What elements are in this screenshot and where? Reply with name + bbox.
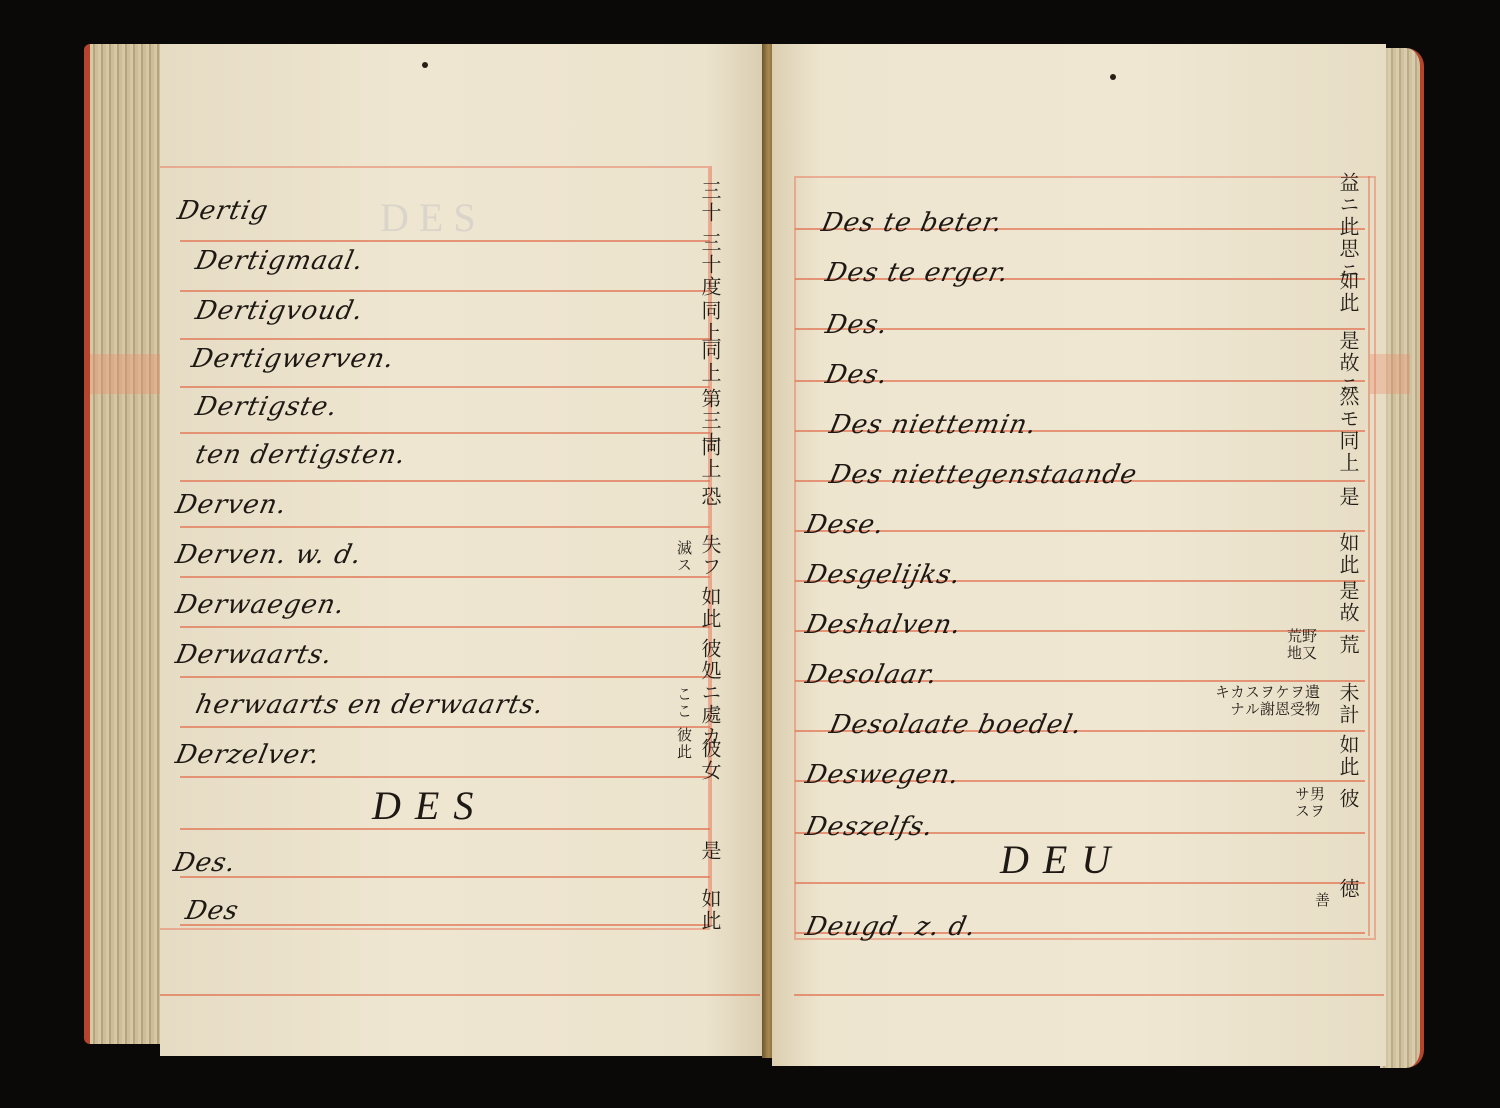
- entry-dutch: Derwaegen.: [173, 590, 348, 620]
- entry-japanese: 然モ: [1338, 386, 1358, 430]
- entry-japanese: 徳: [1338, 878, 1358, 900]
- binding-hole: [1110, 74, 1116, 80]
- entry-dutch: Derzelver.: [173, 740, 323, 770]
- entry-dutch: Desolaar.: [803, 660, 941, 690]
- entry-dutch: Des.: [823, 360, 891, 390]
- entry-japanese: 如此: [700, 586, 720, 630]
- entry-dutch: Dertigste.: [193, 392, 341, 422]
- entry-japanese: 未計: [1338, 682, 1358, 726]
- entry-japanese: 同上: [700, 436, 720, 480]
- entry-japanese-note: 野又 荒地: [1286, 628, 1316, 678]
- entry-japanese: 三十度: [700, 232, 720, 298]
- entry-dutch: Derven.: [173, 490, 290, 520]
- entry-dutch: Deswegen.: [803, 760, 963, 790]
- entry-japanese-note: 善: [1314, 892, 1329, 909]
- entry-dutch: ten dertigsten.: [193, 440, 409, 470]
- tab-mark: [1370, 354, 1410, 394]
- right-page-block-edge: [1380, 48, 1424, 1068]
- entry-japanese-note: 遺物ヲ受ケ恩ヲ謝スルカナキ: [1214, 684, 1319, 732]
- entry-japanese: 彼女: [700, 738, 720, 782]
- left-page-block-edge: [84, 44, 172, 1044]
- entry-japanese-note: 男ヲサス: [1294, 786, 1324, 834]
- entry-dutch: Dese.: [803, 510, 888, 540]
- entry-japanese: 是: [1338, 486, 1358, 508]
- bottom-rule: [794, 994, 1384, 996]
- entry-japanese-note: 滅ス: [676, 540, 691, 574]
- entry-dutch: herwaarts en derwaarts.: [193, 690, 547, 720]
- entry-dutch: Desgelijks.: [803, 560, 964, 590]
- entry-dutch: Dertigmaal.: [193, 246, 367, 276]
- entry-dutch: Des niettemin.: [827, 410, 1040, 440]
- section-heading: DES: [372, 782, 487, 829]
- entry-japanese: 恐: [700, 486, 720, 508]
- entry-dutch: Deszelfs.: [803, 812, 937, 842]
- entry-dutch: Deugd. z. d.: [803, 912, 979, 942]
- entry-dutch: Des: [183, 896, 242, 926]
- entry-japanese: 三十: [700, 180, 720, 224]
- entry-dutch: Derwaarts.: [173, 640, 336, 670]
- entry-dutch: Des.: [171, 848, 239, 878]
- entry-japanese: 是故: [1338, 580, 1358, 624]
- entry-dutch: Dertig: [175, 196, 271, 226]
- entry-japanese: 荒: [1338, 634, 1358, 656]
- entry-japanese: 是: [700, 840, 720, 862]
- entry-dutch: Des te beter.: [819, 208, 1006, 238]
- entry-japanese: 同上: [1338, 430, 1358, 474]
- entry-japanese-note: ここ 彼此: [676, 686, 691, 761]
- entry-dutch: Desolaate boedel.: [827, 710, 1085, 740]
- entry-japanese: 益ニ此思ニ: [1338, 172, 1358, 282]
- entry-japanese: 如此: [700, 888, 720, 932]
- entry-dutch: Des te erger.: [823, 258, 1012, 288]
- entry-dutch: Deshalven.: [803, 610, 965, 640]
- entry-japanese: 失フ: [700, 534, 720, 578]
- tab-mark: [90, 354, 160, 394]
- entry-dutch: Des.: [823, 310, 891, 340]
- entry-japanese: 如此: [1338, 532, 1358, 576]
- entry-japanese: 同上: [700, 340, 720, 384]
- entry-japanese: 彼: [1338, 788, 1358, 810]
- entry-japanese: 如此: [1338, 270, 1358, 314]
- entry-dutch: Dertigvoud.: [193, 296, 366, 326]
- entry-japanese: 如此: [1338, 734, 1358, 778]
- section-heading: DEU: [1000, 836, 1124, 883]
- entry-dutch: Des niettegenstaande: [827, 460, 1140, 490]
- entry-japanese: 同上: [700, 300, 720, 344]
- bottom-rule: [160, 994, 760, 996]
- binding-hole: [422, 62, 428, 68]
- entry-dutch: Derven. w. d.: [173, 540, 365, 570]
- entry-dutch: Dertigwerven.: [189, 344, 398, 374]
- entry-japanese: 彼処ニ處カ: [700, 638, 720, 748]
- open-manuscript: DES Dertig Dertigmaal. Dertigvoud.: [0, 0, 1500, 1108]
